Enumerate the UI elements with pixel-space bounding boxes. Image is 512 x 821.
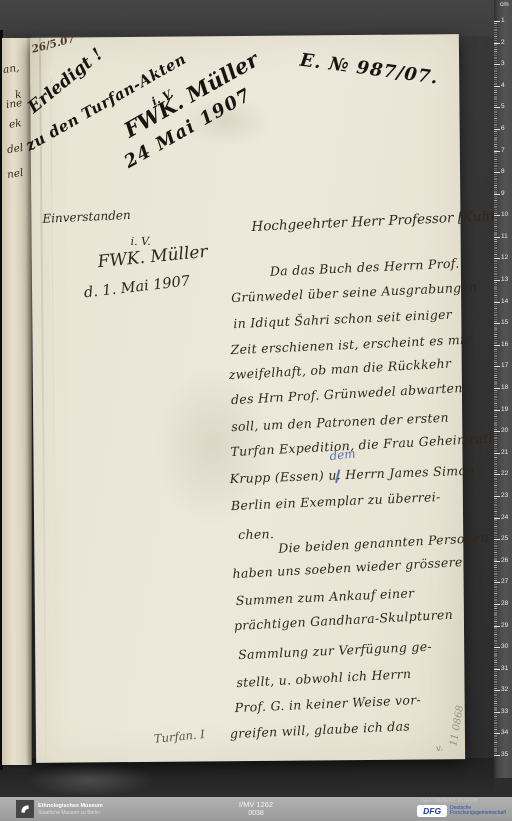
viewer-footer: Ethnologisches Museum Staatliche Museen … [0,797,512,821]
ruler-label: 15 [501,319,512,327]
margin-text-fragment: ek [8,117,22,131]
ruler-label: 22 [501,470,512,478]
approval-einverstanden: Einverstanden [42,208,131,226]
document-number: E. № 987/07. [299,50,440,89]
ruler-tick [494,453,500,454]
pencil-number-vertical: 11 0868 [448,686,469,747]
letter-body-line: haben uns soeben wieder grössere [232,554,463,581]
footer-funding: GEFÖRDERT DURCH DFG Deutsche Forschungsg… [417,798,506,817]
ruler-tick [494,323,500,324]
ruler-label: 16 [501,341,512,349]
ruler-label: 7 [501,147,512,155]
letter-body-line: greifen will, glaube ich das [230,718,411,741]
dfg-org-name: Deutsche Forschungsgemeinschaft [450,806,506,817]
ruler-unit-label: cm [500,1,509,8]
ruler-label: 11 [501,233,512,241]
ruler-label: 18 [501,384,512,392]
ruler-tick [494,215,500,216]
margin-text-fragment: ine [5,97,23,111]
ruler-label: 8 [501,168,512,176]
letter-body-line: Grünwedel über seine Ausgrabungen [231,279,478,305]
dfg-logo: DFG [417,805,447,817]
ruler-tick [494,561,500,562]
ruler-label: 26 [501,557,512,565]
ruler-tick [494,474,500,475]
ruler-label: 3 [501,60,512,68]
ruler-tick [494,647,500,648]
backdrop-top [0,0,494,36]
ruler-tick [494,539,500,540]
ruler-label: 13 [501,276,512,284]
ruler-label: 5 [501,103,512,111]
ruler-tick [494,43,500,44]
ruler-label: 4 [501,82,512,90]
ruler-label: 31 [501,665,512,673]
dfg-logo-row: DFG Deutsche Forschungsgemeinschaft [417,805,506,817]
scan-viewport: an, k ine ek del nel 26/5.07 Erledigt ! … [0,0,512,821]
ruler-label: 33 [501,708,512,716]
salutation: Hochgeehrter Herr Professor [Kuhn] [251,208,504,235]
letter-body-line: Die beiden genannten Personen [278,530,490,556]
letter-body-line: Da das Buch des Herrn Prof. [270,256,460,279]
ruler-tick [494,733,500,734]
ruler-label: 9 [501,190,512,198]
ruler-label: 1 [501,17,512,25]
ruler-tick [494,86,500,87]
ruler-label: 35 [501,751,512,759]
letter-body-line: zweifelhaft, ob man die Rückkehr [228,356,451,383]
ruler-label: 19 [501,406,512,414]
ruler-label: 12 [501,254,512,262]
ruler-label: 14 [501,298,512,306]
ruler-label: 24 [501,514,512,522]
ruler-tick [494,64,500,65]
approval-date: d. 1. Mai 1907 [83,273,191,301]
annotation-date-note: 26/5.07 [30,33,76,56]
ruler-label: 23 [501,492,512,500]
ruler-tick [494,496,500,497]
ruler-tick [494,194,500,195]
approval-iv: i. V. [131,235,151,248]
margin-text-fragment: nel [6,167,24,181]
ruler-label: 20 [501,427,512,435]
ruler-label: 29 [501,622,512,630]
letter-body-line: Summen zum Ankauf einer [235,585,414,608]
ruler-label: 28 [501,600,512,608]
funding-note: GEFÖRDERT DURCH [421,798,506,805]
ruler-tick [494,21,500,22]
pencil-note-turfan: Turfan. I [153,727,205,746]
ruler-label: 21 [501,449,512,457]
ruler-tick [494,388,500,389]
ruler-tick [494,107,500,108]
ruler-tick [494,690,500,691]
approval-signature-mueller: FWK. Müller [97,242,209,272]
letter-body-line: chen. [238,526,274,542]
letter-body-line: Prof. G. in keiner Weise vor- [234,692,421,715]
letter-body-line: in Idiqut Šahri schon seit einiger [233,307,452,332]
ruler-tick [494,518,500,519]
ruler-tick [494,302,500,303]
ruler-tick [494,237,500,238]
ruler-label: 17 [501,362,512,370]
ruler-tick [494,129,500,130]
backdrop-highlight [25,763,155,797]
letter-body-line: stellt, u. obwohl ich Herrn [236,666,412,690]
pencil-check-mark: v. [435,743,444,754]
ruler-label: 6 [501,125,512,133]
ruler-label: 30 [501,643,512,651]
dfg-org-line2: Forschungsgemeinschaft [450,811,506,817]
ruler-tick [494,258,500,259]
margin-text-fragment: an, [2,62,20,76]
ruler-tick [494,669,500,670]
letter-body-line: Zeit erschienen ist, erscheint es mir [230,332,471,357]
ruler-label: 27 [501,578,512,586]
ruler-tick [494,410,500,411]
ruler-label: 10 [501,211,512,219]
ruler-tick [494,172,500,173]
ruler-tick [494,712,500,713]
ruler-tick [494,431,500,432]
letter-page: 26/5.07 Erledigt ! zu den Turfan-Akten i… [30,34,465,763]
ruler-tick [494,366,500,367]
paper-crease [50,78,56,678]
ruler-label: 34 [501,729,512,737]
letter-body-line: Sammlung zur Verfügung ge- [238,639,432,662]
ruler-label: 2 [501,39,512,47]
ruler-tick [494,604,500,605]
ruler-tick [494,582,500,583]
ruler-tick [494,151,500,152]
letter-body-line: prächtigen Gandhara-Skulpturen [234,607,454,633]
ruler-label: 25 [501,535,512,543]
ruler-tick [494,626,500,627]
ruler-tick [494,755,500,756]
ruler-label: 32 [501,686,512,694]
ruler-tick [494,280,500,281]
measurement-ruler: cm 1234567891011121314151617181920212223… [494,0,512,778]
margin-text-fragment: del [6,142,24,156]
ruler-tick [494,345,500,346]
